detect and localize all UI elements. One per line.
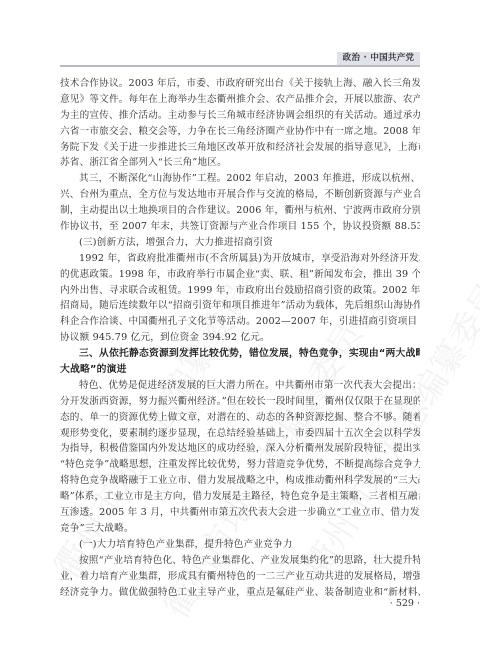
text-line: 互渗透。2005 年 3 月，中共衢州市第五次代表大会进一步确立“工业立市、借力…: [60, 505, 420, 521]
text-line: 务院下发《关于进一步推进长三角地区改革开放和经济社会发展的指导意见》，上海市、江: [60, 140, 420, 156]
text-line: 分开发浙西资源，努力振兴衢州经济。”但在较长一段时间里，衢州仅仅限于在显现的、静: [60, 394, 420, 410]
text-line: “特色竞争”战略思想，注重发挥比较优势，努力营造竞争优势，不断提高综合竞争力，并: [60, 457, 420, 473]
paragraph-start: 其三，不断深化“山海协作”工程。2002 年启动，2003 年推进，形成以杭州、…: [60, 171, 420, 187]
text-line: 苏省、浙江省全部列入“长三角”地区。: [60, 155, 420, 171]
running-header-section: 政治 · 中国共产党: [337, 52, 420, 65]
subsection-heading: (一)大力培育特色产业集群，提升特色产业竞争力: [60, 537, 420, 553]
paragraph-start: 按照“产业培育特色化、特色产业集群化、产业发展集约化”的思路，壮大提升特色产: [60, 553, 420, 569]
text-line: 技术合作协议。2003 年后，市委、市政府研究出台《关于接轨上海、融入长三角发展…: [60, 76, 420, 92]
text-line: 业，着力培育产业集群，形成具有衢州特色的一二三产业互动共进的发展格局，增强区域: [60, 569, 420, 585]
page-number: · 529 ·: [360, 598, 420, 609]
text-line: 略”体系，工业立市是主方向，借力发展是主路径，特色竞争是主策略，三者相互融合、相: [60, 489, 420, 505]
section-heading-continued: 大战略”的演进: [60, 362, 420, 378]
text-line: 内外出售、寻求联合或租赁。1999 年，市政府出台鼓励招商引资的政策。2002 …: [60, 283, 420, 299]
text-line: 制，主动提出以土地换项目的合作建议。2006 年，衢州与杭州、宁波两市政府分别签…: [60, 203, 420, 219]
text-line: 协议额 945.79 亿元，到位资金 394.92 亿元。: [60, 330, 420, 346]
text-line: 招商局，随后连续数年以“招商引资年和项目推进年”活动为载体，先后组织山海协作、工: [60, 298, 420, 314]
subsection-heading: (三)创新方法，增强合力，大力推进招商引资: [60, 235, 420, 251]
text-line: 科企合作洽谈、中国衢州孔子文化节等活动。2002—2007 年，引进招商引资项目…: [60, 314, 420, 330]
section-heading: 三、从依托静态资源到发挥比较优势，错位发展，特色竞争，实现由“两大战略”向“三: [60, 346, 420, 362]
text-line: 兴、台州为重点，全方位与发达地市开展合作与交流的格局，不断创新资源与产业合作机: [60, 187, 420, 203]
text-line: 观形势变化，要素制约逐步显现，在总结经验基础上，市委四届十五次全会以科学发展观: [60, 426, 420, 442]
text-line: 作协议书，至 2007 年末，共签订资源与产业合作项目 155 个，协议投资额 …: [60, 219, 420, 235]
paragraph-start: 1992 年，省政府批准衢州市(不含所属县)为开放城市，享受沿海对外经济开发地区: [60, 251, 420, 267]
text-line: 为指导，积极借鉴国内外发达地区的成功经验，深入分析衢州发展阶段特征，提出实施: [60, 441, 420, 457]
body-text: 技术合作协议。2003 年后，市委、市政府研究出台《关于接轨上海、融入长三角发展…: [60, 76, 420, 600]
text-line: 竞争”三大战略。: [60, 521, 420, 537]
document-page: 衢州市地方志编纂委员会 衢州市地方志编纂委员会 衢州市地方志编纂委员会 政治 ·…: [0, 0, 480, 655]
text-line: 将特色竞争战略融于工业立市、借力发展战略之中，构成推动衢州科学发展的“三大战: [60, 473, 420, 489]
text-line: 意见》等文件。每年在上海举办生态衢州推介会、农产品推介会，开展以旅游、农产品、劳…: [60, 92, 420, 108]
header-rule: [60, 65, 420, 67]
text-line: 六省一市旅交会、粮交会等，力争在长三角经济圈产业协作中有一席之地。2008 年 …: [60, 124, 420, 140]
paragraph-start: 特色、优势是促进经济发展的巨大潜力所在。中共衢州市第一次代表大会提出：“充: [60, 378, 420, 394]
text-line: 为主的宣传、推介活动。主动参与长三角城市经济协调会组织的有关活动。通过承办华东: [60, 108, 420, 124]
text-line: 态的、单一的资源优势上做文章，对潜在的、动态的各种资源挖掘、整合不够。随着国家宏: [60, 410, 420, 426]
text-line: 的优惠政策。1998 年，市政府举行市属企业“卖、联、租”新闻发布会，推出 39…: [60, 267, 420, 283]
